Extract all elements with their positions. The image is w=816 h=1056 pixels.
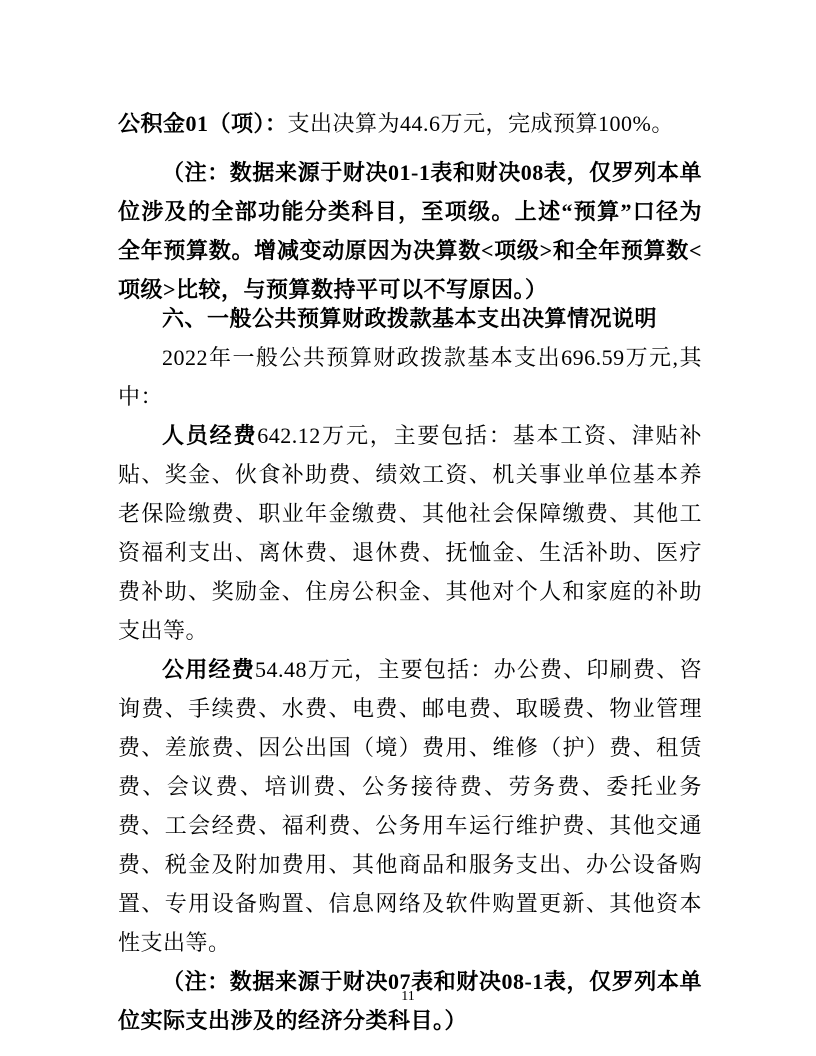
page-number: 11 <box>0 988 816 1006</box>
paragraph-housing-fund-text: 支出决算为44.6万元，完成预算100%。 <box>288 111 674 136</box>
note-functional-classification: （注：数据来源于财决01-1表和财决08表，仅罗列本单位涉及的全部功能分类科目，… <box>118 153 702 309</box>
paragraph-personnel-funds: 人员经费642.12万元，主要包括：基本工资、津贴补贴、奖金、伙食补助费、绩效工… <box>118 416 702 650</box>
section-heading-six: 六、一般公共预算财政拨款基本支出决算情况说明 <box>118 299 702 338</box>
paragraph-total-basic-expenditure: 2022年一般公共预算财政拨款基本支出696.59万元,其中： <box>118 338 702 416</box>
document-body: 公积金01（项）：支出决算为44.6万元，完成预算100%。 （注：数据来源于财… <box>118 104 702 1040</box>
document-page: 公积金01（项）：支出决算为44.6万元，完成预算100%。 （注：数据来源于财… <box>0 0 816 1056</box>
paragraph-public-funds-lead: 公用经费 <box>162 657 255 682</box>
paragraph-public-funds-text: 54.48万元，主要包括：办公费、印刷费、咨询费、手续费、水费、电费、邮电费、取… <box>118 657 702 955</box>
paragraph-public-funds: 公用经费54.48万元，主要包括：办公费、印刷费、咨询费、手续费、水费、电费、邮… <box>118 650 702 962</box>
paragraph-personnel-funds-lead: 人员经费 <box>162 423 257 448</box>
paragraph-housing-fund: 公积金01（项）：支出决算为44.6万元，完成预算100%。 <box>118 104 702 143</box>
paragraph-housing-fund-lead: 公积金01（项）： <box>118 111 288 136</box>
paragraph-personnel-funds-text: 642.12万元，主要包括：基本工资、津贴补贴、奖金、伙食补助费、绩效工资、机关… <box>118 423 702 643</box>
